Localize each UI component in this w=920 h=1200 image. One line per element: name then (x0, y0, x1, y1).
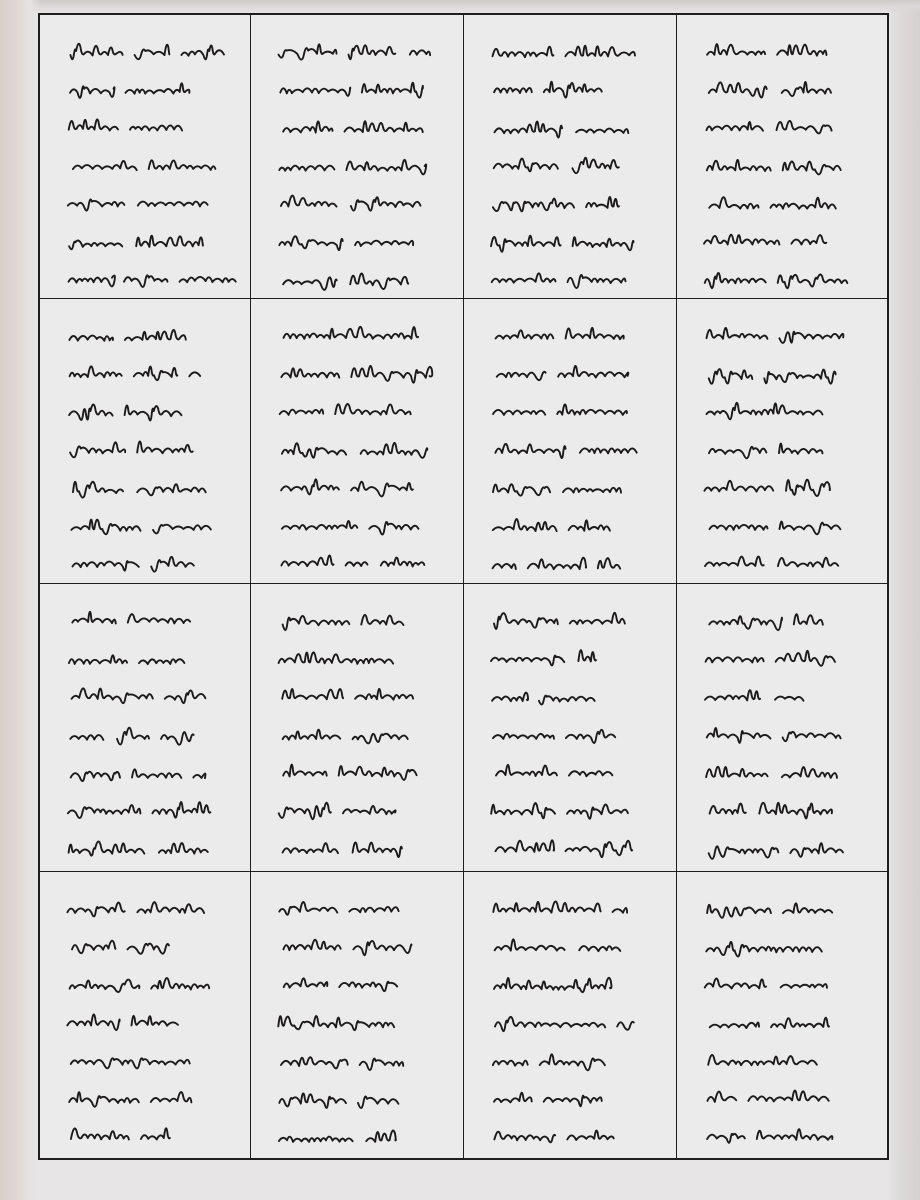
scribble-word (283, 277, 337, 290)
scribble-word (70, 980, 140, 992)
scribble-word (282, 443, 346, 457)
handwriting-scribbles (251, 15, 463, 298)
scribble-word (494, 1093, 532, 1103)
scribble-word (573, 237, 634, 250)
scribble-word (495, 122, 563, 138)
scribble-word (353, 734, 408, 744)
scribble-word (135, 45, 170, 60)
scribble-word (707, 1134, 745, 1143)
scribble-word (159, 843, 208, 854)
handwriting-scribbles (251, 584, 463, 871)
scribble-word (68, 805, 140, 818)
scribble-word (280, 409, 324, 414)
scribble-word (540, 1054, 605, 1070)
scribble-word (282, 689, 343, 699)
scribble-word (707, 160, 771, 171)
scribble-word (570, 613, 625, 624)
scribble-word (355, 689, 413, 700)
handwriting-scribbles (251, 299, 463, 583)
scribble-word (69, 241, 122, 250)
scribble-word (786, 480, 830, 496)
scribble-word (279, 1093, 346, 1108)
scribble-word (72, 688, 153, 703)
handwriting-scribbles (251, 872, 463, 1158)
scribble-word (353, 842, 402, 857)
scribble-word (69, 404, 113, 420)
scribble-word (494, 88, 532, 93)
handwriting-scribbles (677, 299, 887, 583)
scribble-word (281, 196, 337, 207)
scribble-word (283, 940, 340, 950)
scribble-word (67, 903, 124, 917)
scribble-word (563, 488, 621, 493)
scribble-word (282, 521, 357, 530)
scribble-word (779, 444, 823, 454)
handwriting-scribbles (40, 15, 250, 298)
scribble-word (572, 158, 618, 173)
scribble-word (137, 902, 204, 913)
scribble-word (759, 803, 832, 819)
scribble-word (493, 1061, 528, 1066)
scribble-word (493, 901, 600, 912)
scribble-word (544, 82, 602, 98)
scribble-word (351, 366, 432, 383)
grid-cell-r3-c4 (677, 584, 887, 872)
scribble-word (709, 82, 767, 97)
scribble-word (125, 330, 186, 341)
scribble-word (568, 275, 626, 288)
scribble-word (491, 656, 564, 666)
scribble-word (69, 119, 118, 130)
scribble-word (73, 561, 139, 571)
scribble-word (707, 403, 823, 420)
scribble-word (283, 843, 338, 853)
scribble-word (70, 86, 115, 98)
scribble-word (71, 772, 120, 781)
scribble-word (180, 277, 236, 282)
scribble-word (794, 614, 823, 625)
scribble-word (791, 235, 826, 244)
scribble-word (494, 159, 558, 172)
scribble-word (777, 45, 826, 56)
scribble-word (281, 556, 333, 567)
scribble-word (707, 1092, 736, 1102)
scribble-word (153, 525, 211, 534)
scribble-word (281, 368, 339, 377)
scribble-word (141, 1128, 170, 1139)
scribble-word (494, 978, 611, 992)
scribble-word (345, 121, 423, 132)
scribble-word (707, 122, 764, 131)
scribble-word (708, 1055, 817, 1065)
scribble-word (705, 978, 766, 988)
scribble-word (493, 564, 516, 569)
scribble-word (69, 655, 127, 664)
scribble-word (495, 939, 565, 950)
scribble-word (707, 728, 771, 743)
scribble-word (492, 273, 556, 282)
scribble-word (781, 984, 827, 988)
scribble-word (349, 907, 398, 912)
grid-cell-r4-c2 (251, 872, 464, 1158)
handwriting-scribbles (464, 299, 676, 583)
scribble-word (350, 274, 408, 290)
scribble-word (181, 45, 224, 59)
scribble-word (279, 236, 342, 250)
scribble-word (72, 941, 116, 954)
scribble-word (69, 336, 113, 341)
scribble-word (339, 982, 397, 991)
scribble-word (279, 902, 337, 915)
scribble-word (151, 978, 209, 989)
scribble-word (779, 332, 843, 343)
handwriting-scribbles (464, 15, 676, 298)
scribble-word (613, 908, 628, 913)
scribble-word (780, 522, 841, 535)
scribble-word (777, 121, 832, 134)
handwriting-scribbles (677, 584, 887, 871)
scribble-word (496, 765, 557, 776)
handwriting-scribbles (40, 299, 250, 583)
grid-cell-r2-c1 (40, 299, 251, 584)
scribble-word (704, 481, 773, 492)
scribble-word (71, 1128, 129, 1139)
scribble-word (69, 841, 145, 855)
scribble-word (369, 522, 418, 535)
scribble-word (125, 405, 182, 420)
scribble-word (496, 330, 554, 339)
scribble-word (778, 275, 848, 289)
scribble-word (124, 275, 168, 287)
scribble-word (539, 696, 595, 705)
scribble-word (493, 519, 557, 531)
scribble-word (783, 162, 841, 175)
scribble-word (710, 525, 768, 530)
scribble-word (137, 484, 206, 495)
handwriting-scribbles (464, 584, 676, 871)
scribble-word (782, 82, 831, 96)
scribble-word (126, 83, 190, 93)
scribble-word (567, 805, 628, 819)
scribble-word (771, 1018, 829, 1028)
scribble-word (283, 121, 332, 132)
scribble-word (707, 905, 771, 918)
scribble-word (281, 1057, 348, 1068)
grid-cell-r1-c3 (464, 15, 677, 299)
scribble-word (494, 613, 558, 629)
scribble-word (358, 1097, 398, 1109)
scribble-word (137, 442, 193, 454)
handwriting-grid (38, 13, 889, 1160)
scribble-word (492, 693, 528, 702)
scribble-word (493, 410, 545, 415)
scribble-word (709, 447, 766, 458)
scribble-word (343, 806, 396, 814)
scribble-word (152, 802, 210, 818)
scribble-word (566, 328, 624, 339)
scribble-word (132, 1016, 178, 1026)
scribble-word (128, 944, 169, 954)
scribble-word (151, 1092, 192, 1102)
scribble-word (128, 614, 190, 623)
scribble-word (706, 657, 764, 662)
scribble-word (70, 44, 122, 60)
grid-cell-r4-c3 (464, 872, 677, 1158)
scribble-word (617, 1022, 634, 1030)
scribble-word (351, 197, 421, 210)
handwriting-scribbles (40, 872, 250, 1158)
scribble-word (710, 1022, 759, 1028)
scribble-word (284, 327, 419, 339)
grid-cell-r2-c4 (677, 299, 887, 584)
scribble-word (278, 1016, 394, 1030)
scribble-word (360, 1059, 404, 1070)
scribble-word (493, 199, 574, 212)
scribble-word (68, 199, 125, 210)
scribble-word (771, 198, 836, 209)
scribble-word (117, 728, 149, 745)
scribble-word (130, 125, 182, 130)
scribble-word (748, 1091, 828, 1102)
scribble-word (544, 1096, 602, 1107)
scribble-word (578, 650, 596, 661)
scribble-word (496, 840, 555, 852)
scribble-word (283, 730, 341, 740)
handwriting-scribbles (677, 15, 887, 298)
scribble-word (136, 236, 203, 247)
scribble-word (69, 276, 115, 287)
scribble-word (280, 88, 350, 96)
scribble-word (776, 651, 835, 666)
scribble-word (778, 558, 838, 567)
handwriting-scribbles (677, 872, 887, 1158)
scribble-word (349, 45, 396, 59)
scribble-word (569, 520, 610, 530)
scribble-word (132, 769, 181, 778)
scribble-word (381, 558, 425, 567)
grid-cell-r1-c2 (251, 15, 464, 299)
grid-cell-r3-c3 (464, 584, 677, 872)
scribble-word (361, 443, 428, 458)
scribble-word (410, 50, 430, 55)
scribble-word (497, 372, 546, 380)
scribble-word (134, 367, 178, 381)
scribble-word (165, 690, 206, 703)
grid-cell-r1-c4 (677, 15, 887, 299)
scribble-word (782, 767, 837, 778)
handwriting-scribbles (464, 872, 676, 1158)
scribble-word (161, 732, 194, 745)
scribble-word (279, 1137, 353, 1142)
scribble-word (493, 734, 554, 739)
scribble-word (366, 1130, 395, 1141)
grid-cell-r4-c1 (40, 872, 251, 1158)
handwriting-scribbles (40, 584, 250, 871)
scribble-word (705, 273, 766, 288)
scribble-word (362, 83, 423, 98)
scribble-word (528, 558, 586, 570)
scribble-word (764, 370, 835, 384)
scribble-word (709, 616, 782, 630)
scribble-word (579, 946, 620, 951)
scribble-word (279, 44, 337, 59)
scribble-word (495, 1017, 605, 1031)
scribble-word (576, 129, 628, 134)
scribble-word (491, 803, 555, 818)
scribble-word (558, 366, 628, 378)
scribble-word (775, 697, 804, 701)
scribble-word (69, 1092, 139, 1106)
scribble-word (71, 1058, 190, 1068)
scribble-word (757, 1129, 833, 1140)
scribble-word (494, 1132, 555, 1143)
grid-cell-r3-c1 (40, 584, 251, 872)
scribble-word (586, 197, 619, 208)
scribble-word (283, 616, 350, 630)
scribble-word (706, 942, 822, 957)
scribble-word (569, 771, 613, 776)
scribble-word (73, 161, 137, 170)
scribble-word (493, 484, 550, 495)
scribble-word (598, 558, 620, 568)
scribble-word (72, 612, 116, 624)
grid-cell-r4-c4 (677, 872, 887, 1158)
scribble-word (790, 843, 843, 857)
scribble-word (335, 404, 410, 415)
scribble-word (707, 44, 765, 55)
scribble-word (139, 659, 184, 664)
scribble-word (70, 366, 122, 377)
scribble-word (279, 652, 394, 664)
grid-cell-r2-c3 (464, 299, 677, 584)
scribble-word (189, 372, 200, 376)
scribble-word (709, 197, 758, 208)
scribble-word (279, 166, 334, 171)
scribble-word (71, 520, 140, 535)
scribble-word (70, 735, 103, 740)
scribble-word (279, 803, 331, 820)
scribble-word (70, 442, 125, 457)
scribble-word (783, 903, 832, 913)
scribble-word (346, 562, 368, 566)
scribble-word (705, 557, 764, 567)
scribble-word (783, 732, 841, 741)
scribble-word (283, 765, 327, 777)
scribble-word (339, 766, 417, 780)
scribble-word (355, 241, 413, 246)
scribble-word (346, 160, 426, 175)
scribble-word (149, 160, 216, 170)
scribble-word (706, 767, 768, 777)
scribble-word (707, 328, 768, 339)
scribble-word (353, 941, 411, 955)
scribble-word (705, 690, 760, 700)
scribble-word (284, 978, 328, 987)
scribble-word (566, 730, 615, 743)
grid-cell-r2-c2 (251, 299, 464, 584)
scribble-word (491, 236, 561, 252)
scribble-word (151, 557, 194, 572)
scribble-word (565, 46, 635, 57)
scribble-word (709, 369, 753, 384)
scribble-word (704, 235, 779, 245)
scribble-word (557, 404, 627, 414)
scribble-word (710, 804, 746, 814)
scribble-word (73, 482, 123, 498)
grid-cell-r3-c2 (251, 584, 464, 872)
scribble-word (193, 774, 205, 779)
scribble-word (281, 479, 339, 494)
scribble-word (495, 444, 565, 458)
scribble-word (566, 841, 633, 857)
scribble-word (351, 482, 413, 497)
scribble-word (67, 1014, 119, 1030)
scribble-word (567, 1131, 613, 1140)
scribble-word (493, 47, 554, 58)
scribble-word (580, 448, 637, 453)
scribble-word (138, 202, 208, 207)
grid-cell-r1-c1 (40, 15, 251, 299)
scribble-word (709, 846, 779, 859)
scribble-word (361, 615, 403, 625)
